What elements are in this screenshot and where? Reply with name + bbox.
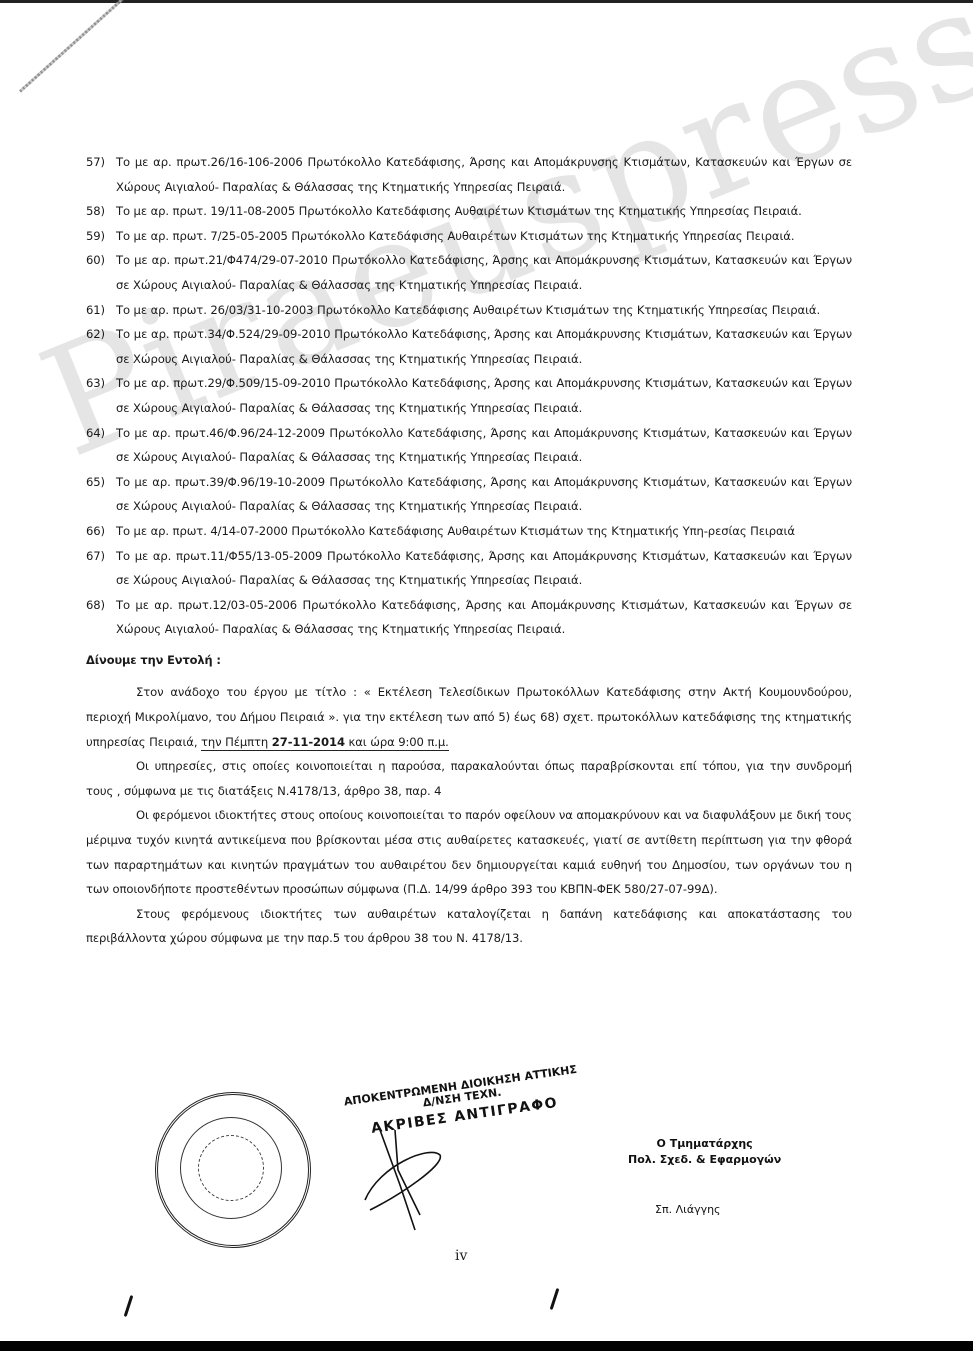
item-text: Το με αρ. πρωτ.34/Φ.524/29-09-2010 Πρωτό… [116, 322, 852, 371]
item-text: Το με αρ. πρωτ. 4/14-07-2000 Πρωτόκολλο … [116, 519, 852, 544]
order-paragraph-3: Οι φερόμενοι ιδιοκτήτες στους οποίους κο… [86, 803, 852, 901]
item-text: Το με αρ. πρωτ.12/03-05-2006 Πρωτόκολλο … [116, 593, 852, 642]
item-number: 67) [86, 544, 116, 593]
scan-mark [550, 1288, 560, 1310]
item-number: 64) [86, 421, 116, 470]
item-number: 58) [86, 199, 116, 224]
protocol-list: 57)Το με αρ. πρωτ.26/16-106-2006 Πρωτόκο… [86, 150, 852, 642]
order-paragraph-2: Οι υπηρεσίες, στις οποίες κοινοποιείται … [86, 754, 852, 803]
item-number: 61) [86, 298, 116, 323]
item-text: Το με αρ. πρωτ.26/16-106-2006 Πρωτόκολλο… [116, 150, 852, 199]
scan-mark [124, 1295, 134, 1317]
scan-artifact-line [19, 0, 170, 93]
item-number: 65) [86, 470, 116, 519]
order-paragraph-4: Στους φερόμενους ιδιοκτήτες των αυθαιρέτ… [86, 902, 852, 951]
item-number: 59) [86, 224, 116, 249]
signatory-title: Ο Τμηματάρχης [628, 1136, 781, 1152]
item-number: 57) [86, 150, 116, 199]
protocol-list-item: 62)Το με αρ. πρωτ.34/Φ.524/29-09-2010 Πρ… [86, 322, 852, 371]
protocol-list-item: 68)Το με αρ. πρωτ.12/03-05-2006 Πρωτόκολ… [86, 593, 852, 642]
protocol-list-item: 66)Το με αρ. πρωτ. 4/14-07-2000 Πρωτόκολ… [86, 519, 852, 544]
order-paragraph-1: Στον ανάδοχο του έργου με τίτλο : « Εκτέ… [86, 680, 852, 754]
protocol-list-item: 61)Το με αρ. πρωτ. 26/03/31-10-2003 Πρωτ… [86, 298, 852, 323]
page-number: iv [455, 1248, 467, 1264]
handwritten-signature [360, 1125, 450, 1235]
item-number: 66) [86, 519, 116, 544]
protocol-list-item: 57)Το με αρ. πρωτ.26/16-106-2006 Πρωτόκο… [86, 150, 852, 199]
protocol-list-item: 65)Το με αρ. πρωτ.39/Φ.96/19-10-2009 Πρω… [86, 470, 852, 519]
signatory-block: Ο Τμηματάρχης Πολ. Σχεδ. & Εφαρμογών [628, 1136, 781, 1168]
signatory-department: Πολ. Σχεδ. & Εφαρμογών [628, 1152, 781, 1168]
protocol-list-item: 59)Το με αρ. πρωτ. 7/25-05-2005 Πρωτόκολ… [86, 224, 852, 249]
protocol-list-item: 60)Το με αρ. πρωτ.21/Φ474/29-07-2010 Πρω… [86, 248, 852, 297]
order-heading: Δίνουμε την Εντολή : [86, 648, 852, 673]
stamp-emblem [198, 1135, 264, 1201]
item-number: 68) [86, 593, 116, 642]
signatory-name: Σπ. Λιάγγης [655, 1203, 721, 1216]
document-body: 57)Το με αρ. πρωτ.26/16-106-2006 Πρωτόκο… [86, 150, 852, 951]
item-text: Το με αρ. πρωτ. 7/25-05-2005 Πρωτόκολλο … [116, 224, 852, 249]
execution-time: και ώρα 9:00 π.μ. [345, 735, 449, 749]
execution-date-time: την Πέμπτη 27-11-2014 και ώρα 9:00 π.μ. [201, 735, 449, 751]
protocol-list-item: 63)Το με αρ. πρωτ.29/Φ.509/15-09-2010 Πρ… [86, 371, 852, 420]
item-text: Το με αρ. πρωτ.11/Φ55/13-05-2009 Πρωτόκο… [116, 544, 852, 593]
protocol-list-item: 67)Το με αρ. πρωτ.11/Φ55/13-05-2009 Πρωτ… [86, 544, 852, 593]
protocol-list-item: 64)Το με αρ. πρωτ.46/Φ.96/24-12-2009 Πρω… [86, 421, 852, 470]
execution-date: 27-11-2014 [272, 735, 345, 749]
item-text: Το με αρ. πρωτ. 19/11-08-2005 Πρωτόκολλο… [116, 199, 852, 224]
item-text: Το με αρ. πρωτ. 26/03/31-10-2003 Πρωτόκο… [116, 298, 852, 323]
item-text: Το με αρ. πρωτ.29/Φ.509/15-09-2010 Πρωτό… [116, 371, 852, 420]
scan-bottom-border [0, 1341, 973, 1351]
item-number: 60) [86, 248, 116, 297]
scan-top-border [0, 0, 973, 3]
item-text: Το με αρ. πρωτ.39/Φ.96/19-10-2009 Πρωτόκ… [116, 470, 852, 519]
item-text: Το με αρ. πρωτ.46/Φ.96/24-12-2009 Πρωτόκ… [116, 421, 852, 470]
item-number: 62) [86, 322, 116, 371]
execution-day: την Πέμπτη [201, 735, 272, 749]
official-round-stamp [155, 1092, 311, 1248]
protocol-list-item: 58)Το με αρ. πρωτ. 19/11-08-2005 Πρωτόκο… [86, 199, 852, 224]
item-text: Το με αρ. πρωτ.21/Φ474/29-07-2010 Πρωτόκ… [116, 248, 852, 297]
item-number: 63) [86, 371, 116, 420]
